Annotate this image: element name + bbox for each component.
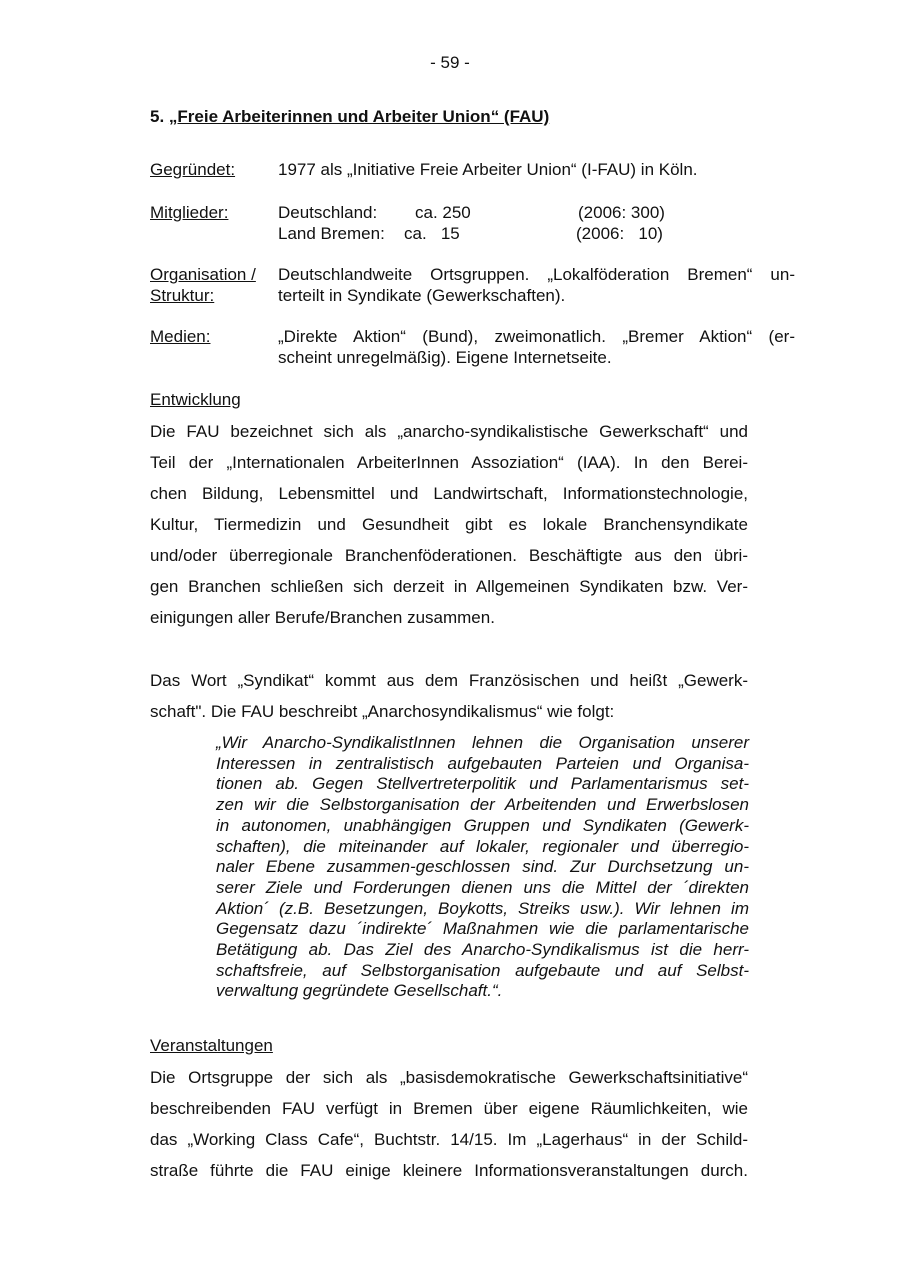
text-line: Das Wort „Syndikat“ kommt aus dem Franzö…: [150, 665, 748, 696]
text-line: Die FAU bezeichnet sich als „anarcho-syn…: [150, 416, 748, 447]
text-line: Teil der „Internationalen ArbeiterInnen …: [150, 447, 748, 478]
page-number: - 59 -: [0, 52, 900, 74]
section-title: „Freie Arbeiterinnen und Arbeiter Union“…: [169, 107, 549, 126]
fact-members: Mitglieder: Deutschland: ca. 250 (2006: …: [150, 202, 795, 244]
quote-line: Interessen in zentralistisch aufgebauten…: [216, 754, 749, 775]
founded-label: Gegründet:: [150, 159, 275, 180]
quote-line: Gegensatz dazu ´indirekte´ Maßnahmen wie…: [216, 919, 749, 940]
organisation-value: Deutschlandweite Ortsgruppen. „Lokalföde…: [278, 264, 795, 306]
media-label: Medien:: [150, 326, 275, 347]
quote-line: naler Ebene zusammen-geschlossen sind. Z…: [216, 857, 749, 878]
members-region: Land Bremen:: [278, 223, 385, 244]
fact-media: Medien: „Direkte Aktion“ (Bund), zweimon…: [150, 326, 795, 368]
section-number: 5.: [150, 107, 164, 126]
development-title: Entwicklung: [150, 389, 241, 411]
text-line: das „Working Class Cafe“, Buchtstr. 14/1…: [150, 1124, 748, 1155]
text-line: chen Bildung, Lebensmittel und Landwirts…: [150, 478, 748, 509]
development-paragraph-2: Das Wort „Syndikat“ kommt aus dem Franzö…: [150, 665, 748, 727]
members-label: Mitglieder:: [150, 202, 275, 223]
text-line: Kultur, Tiermedizin und Gesundheit gibt …: [150, 509, 748, 540]
members-count: ca. 250: [415, 202, 471, 223]
members-table: Deutschland: ca. 250 (2006: 300) Land Br…: [278, 202, 795, 244]
members-count: ca. 15: [404, 223, 460, 244]
text-line: schaft". Die FAU beschreibt „Anarchosynd…: [150, 696, 748, 727]
quote-line: tionen ab. Gegen Stellvertreterpolitik u…: [216, 774, 749, 795]
text-line: straße führte die FAU einige kleinere In…: [150, 1155, 748, 1186]
quote-line: zen wir die Selbstorganisation der Arbei…: [216, 795, 749, 816]
quote-line: Aktion´ (z.B. Besetzungen, Boykotts, Str…: [216, 899, 749, 920]
fact-organisation: Organisation / Struktur: Deutschlandweit…: [150, 264, 795, 306]
members-row: Land Bremen: ca. 15 (2006: 10): [278, 223, 795, 244]
media-value: „Direkte Aktion“ (Bund), zweimonatlich. …: [278, 326, 795, 368]
members-row: Deutschland: ca. 250 (2006: 300): [278, 202, 795, 223]
quote-line: schaften), die miteinander auf lokaler, …: [216, 837, 749, 858]
text-line: gen Branchen schließen sich derzeit in A…: [150, 571, 748, 602]
members-previous: (2006: 300): [578, 202, 665, 223]
events-title: Veranstaltungen: [150, 1035, 273, 1057]
organisation-label-line: Struktur:: [150, 285, 275, 306]
quote-line: in autonomen, unabhängigen Gruppen und S…: [216, 816, 749, 837]
members-region: Deutschland:: [278, 202, 377, 223]
events-paragraph: Die Ortsgruppe der sich als „basisdemokr…: [150, 1062, 748, 1186]
members-previous: (2006: 10): [576, 223, 663, 244]
text-line: beschreibenden FAU verfügt in Bremen übe…: [150, 1093, 748, 1124]
section-heading: 5. „Freie Arbeiterinnen und Arbeiter Uni…: [150, 106, 549, 128]
fau-quote: „Wir Anarcho-SyndikalistInnen lehnen die…: [216, 733, 749, 1002]
text-line: scheint unregelmäßig). Eigene Internetse…: [278, 347, 795, 368]
founded-value: 1977 als „Initiative Freie Arbeiter Unio…: [278, 159, 795, 180]
text-line: Deutschlandweite Ortsgruppen. „Lokalföde…: [278, 264, 795, 285]
fact-founded: Gegründet: 1977 als „Initiative Freie Ar…: [150, 159, 795, 180]
organisation-label-line: Organisation /: [150, 264, 275, 285]
quote-line: schaftsfreie, auf Selbstorganisation auf…: [216, 961, 749, 982]
quote-line: Betätigung ab. Das Ziel des Anarcho-Synd…: [216, 940, 749, 961]
development-paragraph-1: Die FAU bezeichnet sich als „anarcho-syn…: [150, 416, 748, 633]
text-line: einigungen aller Berufe/Branchen zusamme…: [150, 602, 748, 633]
text-line: Die Ortsgruppe der sich als „basisdemokr…: [150, 1062, 748, 1093]
organisation-label: Organisation / Struktur:: [150, 264, 275, 306]
quote-line: serer Ziele und Forderungen dienen uns d…: [216, 878, 749, 899]
quote-line: „Wir Anarcho-SyndikalistInnen lehnen die…: [216, 733, 749, 754]
text-line: terteilt in Syndikate (Gewerkschaften).: [278, 285, 795, 306]
text-line: und/oder überregionale Branchenföderatio…: [150, 540, 748, 571]
text-line: „Direkte Aktion“ (Bund), zweimonatlich. …: [278, 326, 795, 347]
quote-line: verwaltung gegründete Gesellschaft.“.: [216, 981, 749, 1002]
